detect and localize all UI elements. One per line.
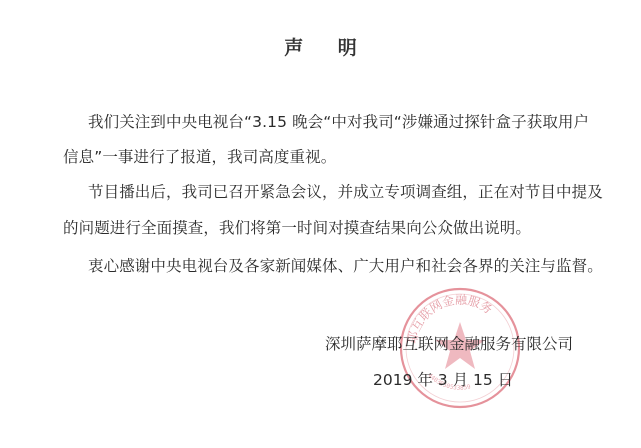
paragraph-1-line-1: 我们关注到中央电视台“3.15 晚会“中对我司“涉嫌通过探针盒子获取用户	[88, 110, 589, 132]
paragraph-1-line-2: 信息”一事进行了报道，我司高度重视。	[63, 145, 336, 167]
document-title: 声 明	[0, 33, 641, 60]
paragraph-2-line-1: 节目播出后，我司已召开紧急会议，并成立专项调查组，正在对节目中提及	[88, 180, 603, 202]
paragraph-2-line-2: 的问题进行全面摸查，我们将第一时间对摸查结果向公众做出说明。	[63, 216, 531, 238]
signature-date: 2019 年 3 月 15 日	[373, 368, 513, 390]
paragraph-3-line-1: 衷心感谢中央电视台及各家新闻媒体、广大用户和社会各界的关注与监督。	[88, 254, 603, 276]
company-name: 深圳萨摩耶互联网金融服务有限公司	[325, 332, 573, 354]
